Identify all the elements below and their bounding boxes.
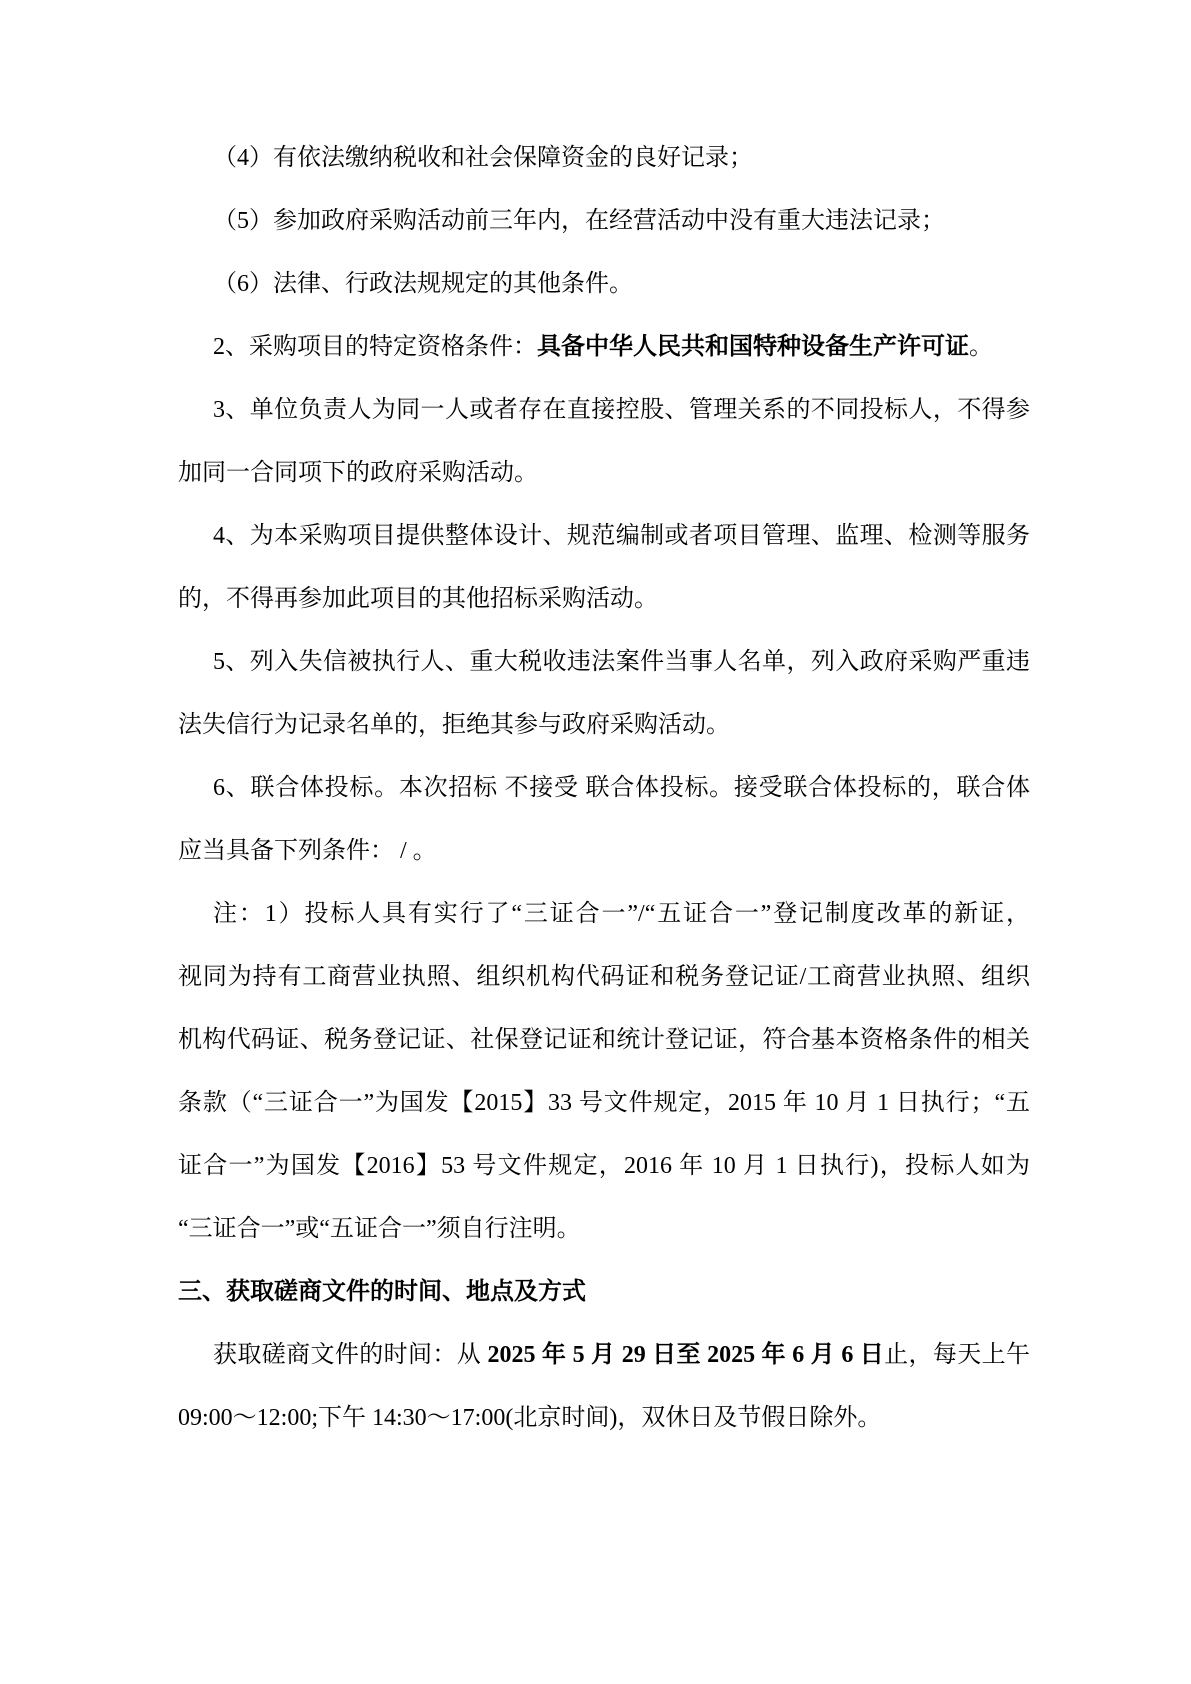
text-run: “三证合一”或“五证合一”须自行注明。 [178, 1216, 581, 1242]
text-line: 6、联合体投标。本次招标 不接受 联合体投标。接受联合体投标的，联合体 [178, 757, 1030, 820]
text-line: “三证合一”或“五证合一”须自行注明。 [178, 1198, 1030, 1261]
text-run: 法失信行为记录名单的，拒绝其参与政府采购活动。 [178, 712, 730, 738]
text-line: 视同为持有工商营业执照、组织机构代码证和税务登记证/工商营业执照、组织 [178, 946, 1030, 1009]
text-line: 证合一”为国发【2016】53 号文件规定，2016 年 10 月 1 日执行)… [178, 1135, 1030, 1198]
text-run: （6）法律、行政法规规定的其他条件。 [213, 271, 633, 297]
text-run: （4）有依法缴纳税收和社会保障资金的良好记录； [213, 145, 753, 171]
text-run: 获取磋商文件的时间：从 [213, 1342, 487, 1368]
text-run: 的，不得再参加此项目的其他招标采购活动。 [178, 586, 658, 612]
text-line: 加同一合同项下的政府采购活动。 [178, 442, 1030, 505]
text-run: 视同为持有工商营业执照、组织机构代码证和税务登记证/工商营业执照、组织 [178, 964, 1030, 990]
bold-text-run: 具备中华人民共和国特种设备生产许可证 [537, 334, 969, 360]
text-line: （6）法律、行政法规规定的其他条件。 [178, 253, 1030, 316]
text-line: 4、为本采购项目提供整体设计、规范编制或者项目管理、监理、检测等服务 [178, 505, 1030, 568]
text-line: 的，不得再参加此项目的其他招标采购活动。 [178, 568, 1030, 631]
bold-text-run: 2025 年 5 月 29 日至 2025 年 6 月 6 日 [487, 1342, 884, 1368]
text-line: 09:00～12:00;下午 14:30～17:00(北京时间)，双休日及节假日… [178, 1387, 1030, 1450]
text-run: （5）参加政府采购活动前三年内，在经营活动中没有重大违法记录； [213, 208, 945, 234]
text-line: 注：1）投标人具有实行了“三证合一”/“五证合一”登记制度改革的新证， [178, 883, 1030, 946]
text-line: 机构代码证、税务登记证、社保登记证和统计登记证，符合基本资格条件的相关 [178, 1009, 1030, 1072]
text-line: 3、单位负责人为同一人或者存在直接控股、管理关系的不同投标人，不得参 [178, 379, 1030, 442]
text-line: 获取磋商文件的时间：从 2025 年 5 月 29 日至 2025 年 6 月 … [178, 1324, 1030, 1387]
document-content: （4）有依法缴纳税收和社会保障资金的良好记录；（5）参加政府采购活动前三年内，在… [178, 127, 1030, 1450]
section-heading: 三、获取磋商文件的时间、地点及方式 [178, 1261, 1030, 1324]
text-line: 2、采购项目的特定资格条件：具备中华人民共和国特种设备生产许可证。 [178, 316, 1030, 379]
text-run: 应当具备下列条件： / 。 [178, 838, 437, 864]
text-run: 3、单位负责人为同一人或者存在直接控股、管理关系的不同投标人，不得参 [213, 397, 1030, 423]
text-run: 注：1）投标人具有实行了“三证合一”/“五证合一”登记制度改革的新证， [213, 901, 1030, 927]
text-run: 止，每天上午 [884, 1342, 1030, 1368]
text-line: （4）有依法缴纳税收和社会保障资金的良好记录； [178, 127, 1030, 190]
text-run: 加同一合同项下的政府采购活动。 [178, 460, 538, 486]
text-run: 4、为本采购项目提供整体设计、规范编制或者项目管理、监理、检测等服务 [213, 523, 1030, 549]
text-run: 条款（“三证合一”为国发【2015】33 号文件规定，2015 年 10 月 1… [178, 1090, 1030, 1116]
text-line: 5、列入失信被执行人、重大税收违法案件当事人名单，列入政府采购严重违 [178, 631, 1030, 694]
text-run: 6、联合体投标。本次招标 不接受 联合体投标。接受联合体投标的，联合体 [213, 775, 1030, 801]
text-run: 5、列入失信被执行人、重大税收违法案件当事人名单，列入政府采购严重违 [213, 649, 1030, 675]
document-page: （4）有依法缴纳税收和社会保障资金的良好记录；（5）参加政府采购活动前三年内，在… [0, 0, 1191, 1684]
text-run: 。 [969, 334, 993, 360]
bold-text-run: 三、获取磋商文件的时间、地点及方式 [178, 1279, 586, 1305]
text-run: 证合一”为国发【2016】53 号文件规定，2016 年 10 月 1 日执行)… [178, 1153, 1030, 1179]
text-line: （5）参加政府采购活动前三年内，在经营活动中没有重大违法记录； [178, 190, 1030, 253]
text-line: 条款（“三证合一”为国发【2015】33 号文件规定，2015 年 10 月 1… [178, 1072, 1030, 1135]
text-run: 09:00～12:00;下午 14:30～17:00(北京时间)，双休日及节假日… [178, 1405, 881, 1431]
text-line: 法失信行为记录名单的，拒绝其参与政府采购活动。 [178, 694, 1030, 757]
text-line: 应当具备下列条件： / 。 [178, 820, 1030, 883]
text-run: 2、采购项目的特定资格条件： [213, 334, 537, 360]
text-run: 机构代码证、税务登记证、社保登记证和统计登记证，符合基本资格条件的相关 [178, 1027, 1030, 1053]
